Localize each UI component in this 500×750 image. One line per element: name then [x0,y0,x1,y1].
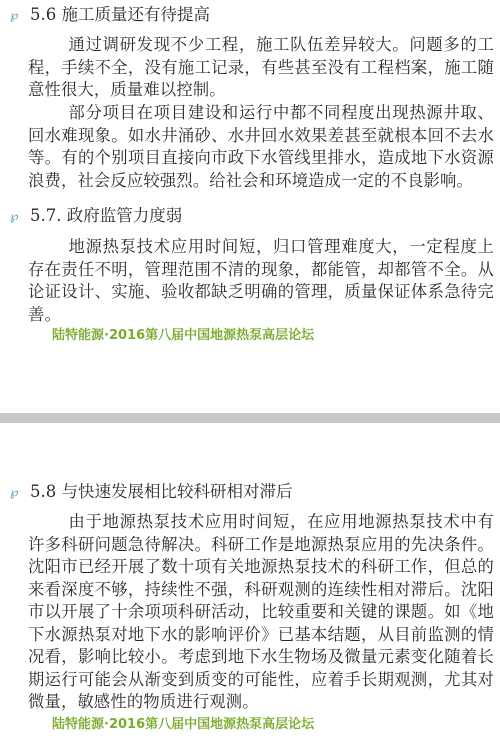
section-heading-5-7: ℘5.7. 政府监管力度弱 [10,205,182,227]
paragraph: 地源热泵技术应用时间短，归口管理难度大，一定程度上存在责任不明，管理范围不清的现… [28,236,494,326]
slide-2: ℘5.8 与快速发展相比较科研相对滞后 由于地源热泵技术应用时间短，在应用地源热… [0,423,500,750]
paragraph: 通过调研发现不少工程，施工队伍差异较大。问题多的工程，手续不全，没有施工记录，有… [28,34,494,102]
slide-1: ℘5.6 施工质量还有待提高 通过调研发现不少工程，施工队伍差异较大。问题多的工… [0,0,500,413]
footer-forum-title: 陆特能源·2016第八届中国地源热泵高层论坛 [52,713,314,732]
footer-forum-title: 陆特能源·2016第八届中国地源热泵高层论坛 [52,324,314,343]
slide-divider [0,413,500,423]
section-heading-5-8: ℘5.8 与快速发展相比较科研相对滞后 [10,481,293,503]
heading-text: 5.6 施工质量还有待提高 [30,5,210,24]
paragraph: 部分项目在项目建设和运行中都不同程度出现热源井取、回水难现象。如水井涌砂、水井回… [28,102,494,192]
bullet-icon: ℘ [10,205,30,227]
bullet-icon: ℘ [10,481,30,503]
heading-text: 5.8 与快速发展相比较科研相对滞后 [30,482,293,501]
section-heading-5-6: ℘5.6 施工质量还有待提高 [10,4,210,26]
heading-text: 5.7. 政府监管力度弱 [30,206,182,225]
bullet-icon: ℘ [10,4,30,26]
paragraph: 由于地源热泵技术应用时间短，在应用地源热泵技术中有许多科研问题急待解决。科研工作… [28,511,494,714]
